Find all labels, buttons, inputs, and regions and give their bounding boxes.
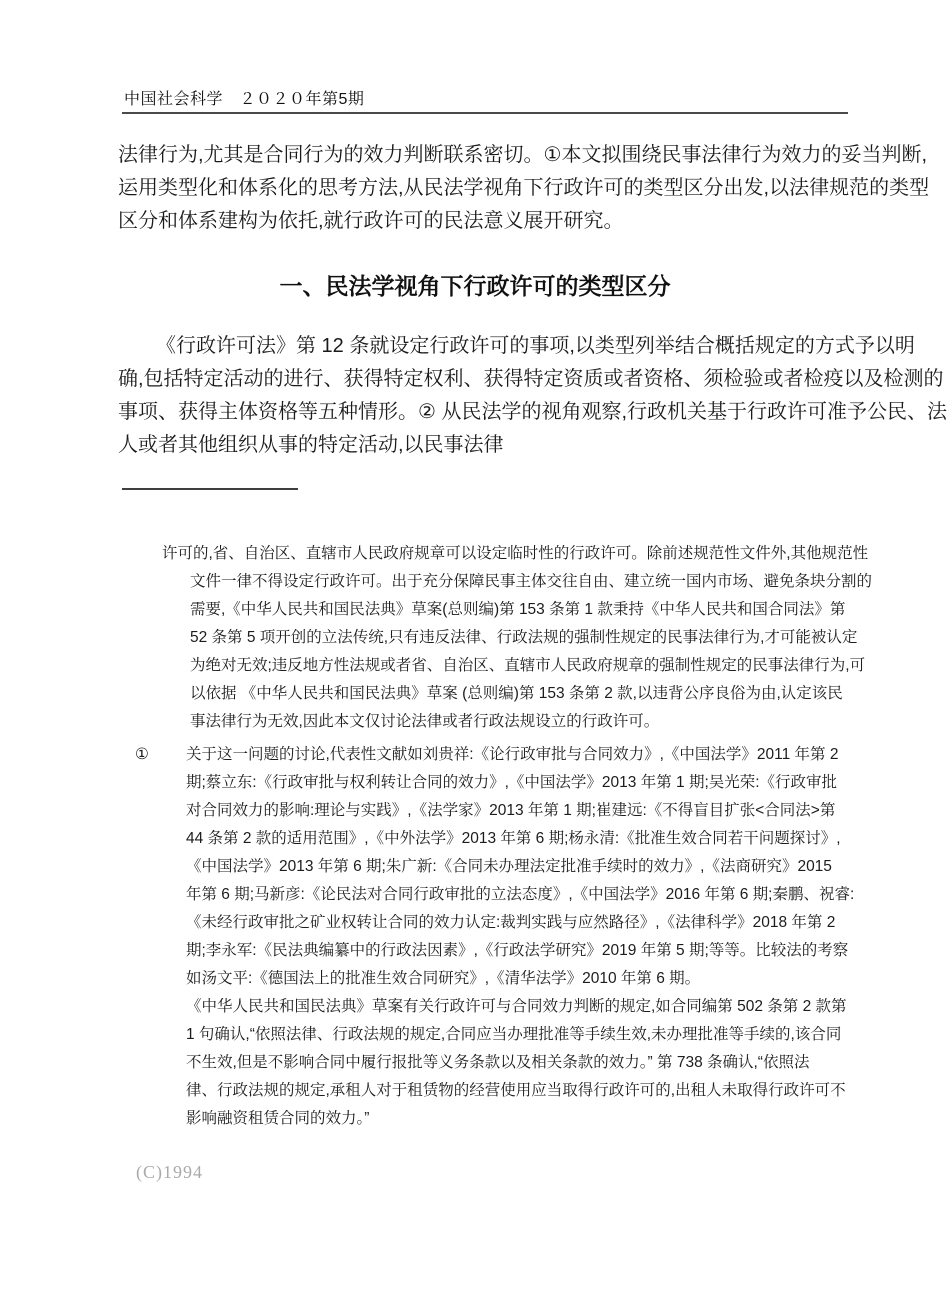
text-line: 44 条第 2 款的适用范围》,《中外法学》2013 年第 6 期;杨永清:《批… xyxy=(186,825,895,853)
text-line: 事项、获得主体资格等五种情形。② 从民法学的视角观察,行政机关基于行政许可准予公… xyxy=(118,396,834,429)
footnote-1-text: 关于这一问题的讨论,代表性文献如刘贵祥:《论行政审批与合同效力》,《中国法学》2… xyxy=(186,741,895,993)
text-line: 期;蔡立东:《行政审批与权利转让合同的效力》,《中国法学》2013 年第 1 期… xyxy=(186,769,895,797)
text-line: 对合同效力的影响:理论与实践》,《法学家》2013 年第 1 期;崔建远:《不得… xyxy=(186,797,895,825)
text-line: 《行政许可法》第 12 条就设定行政许可的事项,以类型列举结合概括规定的方式予以… xyxy=(118,330,834,363)
section-heading: 一、民法学视角下行政许可的类型区分 xyxy=(0,268,950,301)
text-line: 事法律行为无效,因此本文仅讨论法律或者行政法规设立的行政许可。 xyxy=(190,708,895,736)
text-line: 需要,《中华人民共和国民法典》草案(总则编)第 153 条第 1 款秉持《中华人… xyxy=(190,596,895,624)
text-line: 52 条第 5 项开创的立法传统,只有违反法律、行政法规的强制性规定的民事法律行… xyxy=(190,624,895,652)
text-line: 影响融资租赁合同的效力。” xyxy=(186,1105,895,1133)
text-line: 期;李永军:《民法典编纂中的行政法因素》,《行政法学研究》2019 年第 5 期… xyxy=(186,937,895,965)
text-line: 律、行政法规的规定,承租人对于租赁物的经营使用应当取得行政许可的,出租人未取得行… xyxy=(186,1077,895,1105)
text-line: 年第 6 期;马新彦:《论民法对合同行政审批的立法态度》,《中国法学》2016 … xyxy=(186,881,895,909)
journal-page: 中国社会科学 ２０２０年第5期 法律行为,尤其是合同行为的效力判断联系密切。①本… xyxy=(0,0,950,1290)
text-line: 确,包括特定活动的进行、获得特定权利、获得特定资质或者资格、须检验或者检疫以及检… xyxy=(118,363,834,396)
text-line: 为绝对无效;违反地方性法规或者省、自治区、直辖市人民政府规章的强制性规定的民事法… xyxy=(190,652,895,680)
text-line: 以依据 《中华人民共和国民法典》草案 (总则编)第 153 条第 2 款,以违背… xyxy=(190,680,895,708)
text-line: 法律行为,尤其是合同行为的效力判断联系密切。①本文拟围绕民事法律行为效力的妥当判… xyxy=(118,139,834,172)
text-line: 不生效,但是不影响合同中履行报批等义务条款以及相关条款的效力。” 第 738 条… xyxy=(186,1049,895,1077)
text-line: 运用类型化和体系化的思考方法,从民法学视角下行政许可的类型区分出发,以法律规范的… xyxy=(118,172,834,205)
footnote-2-text: 《中华人民共和国民法典》草案有关行政许可与合同效力判断的规定,如合同编第 502… xyxy=(186,993,895,1133)
body-paragraph-1: 法律行为,尤其是合同行为的效力判断联系密切。①本文拟围绕民事法律行为效力的妥当判… xyxy=(118,139,834,238)
footnote-separator-rule xyxy=(122,488,298,490)
text-line: 如汤文平:《德国法上的批准生效合同研究》,《清华法学》2010 年第 6 期。 xyxy=(186,965,895,993)
journal-header: 中国社会科学 ２０２０年第5期 xyxy=(124,86,364,109)
text-line: 《中华人民共和国民法典》草案有关行政许可与合同效力判断的规定,如合同编第 502… xyxy=(186,993,895,1021)
footnote-1-marker: ① xyxy=(135,741,149,769)
text-line: 人或者其他组织从事的特定活动,以民事法律 xyxy=(118,429,834,462)
text-line: 1 句确认,“依照法律、行政法规的规定,合同应当办理批准等手续生效,未办理批准等… xyxy=(186,1021,895,1049)
footnote-continuation-block: 许可的,省、自治区、直辖市人民政府规章可以设定临时性的行政许可。除前述规范性文件… xyxy=(190,540,895,736)
header-rule xyxy=(122,112,848,114)
copyright-watermark: (C)1994 xyxy=(136,1162,203,1183)
text-line: 文件一律不得设定行政许可。出于充分保障民事主体交往自由、建立统一国内市场、避免条… xyxy=(190,568,895,596)
text-line: 区分和体系建构为依托,就行政许可的民法意义展开研究。 xyxy=(118,205,834,238)
body-paragraph-2: 《行政许可法》第 12 条就设定行政许可的事项,以类型列举结合概括规定的方式予以… xyxy=(118,330,834,462)
text-line: 《未经行政审批之矿业权转让合同的效力认定:裁判实践与应然路径》,《法律科学》20… xyxy=(186,909,895,937)
text-line: 许可的,省、自治区、直辖市人民政府规章可以设定临时性的行政许可。除前述规范性文件… xyxy=(162,540,895,568)
text-line: 关于这一问题的讨论,代表性文献如刘贵祥:《论行政审批与合同效力》,《中国法学》2… xyxy=(186,741,895,769)
text-line: 《中国法学》2013 年第 6 期;朱广新:《合同未办理法定批准手续时的效力》,… xyxy=(186,853,895,881)
